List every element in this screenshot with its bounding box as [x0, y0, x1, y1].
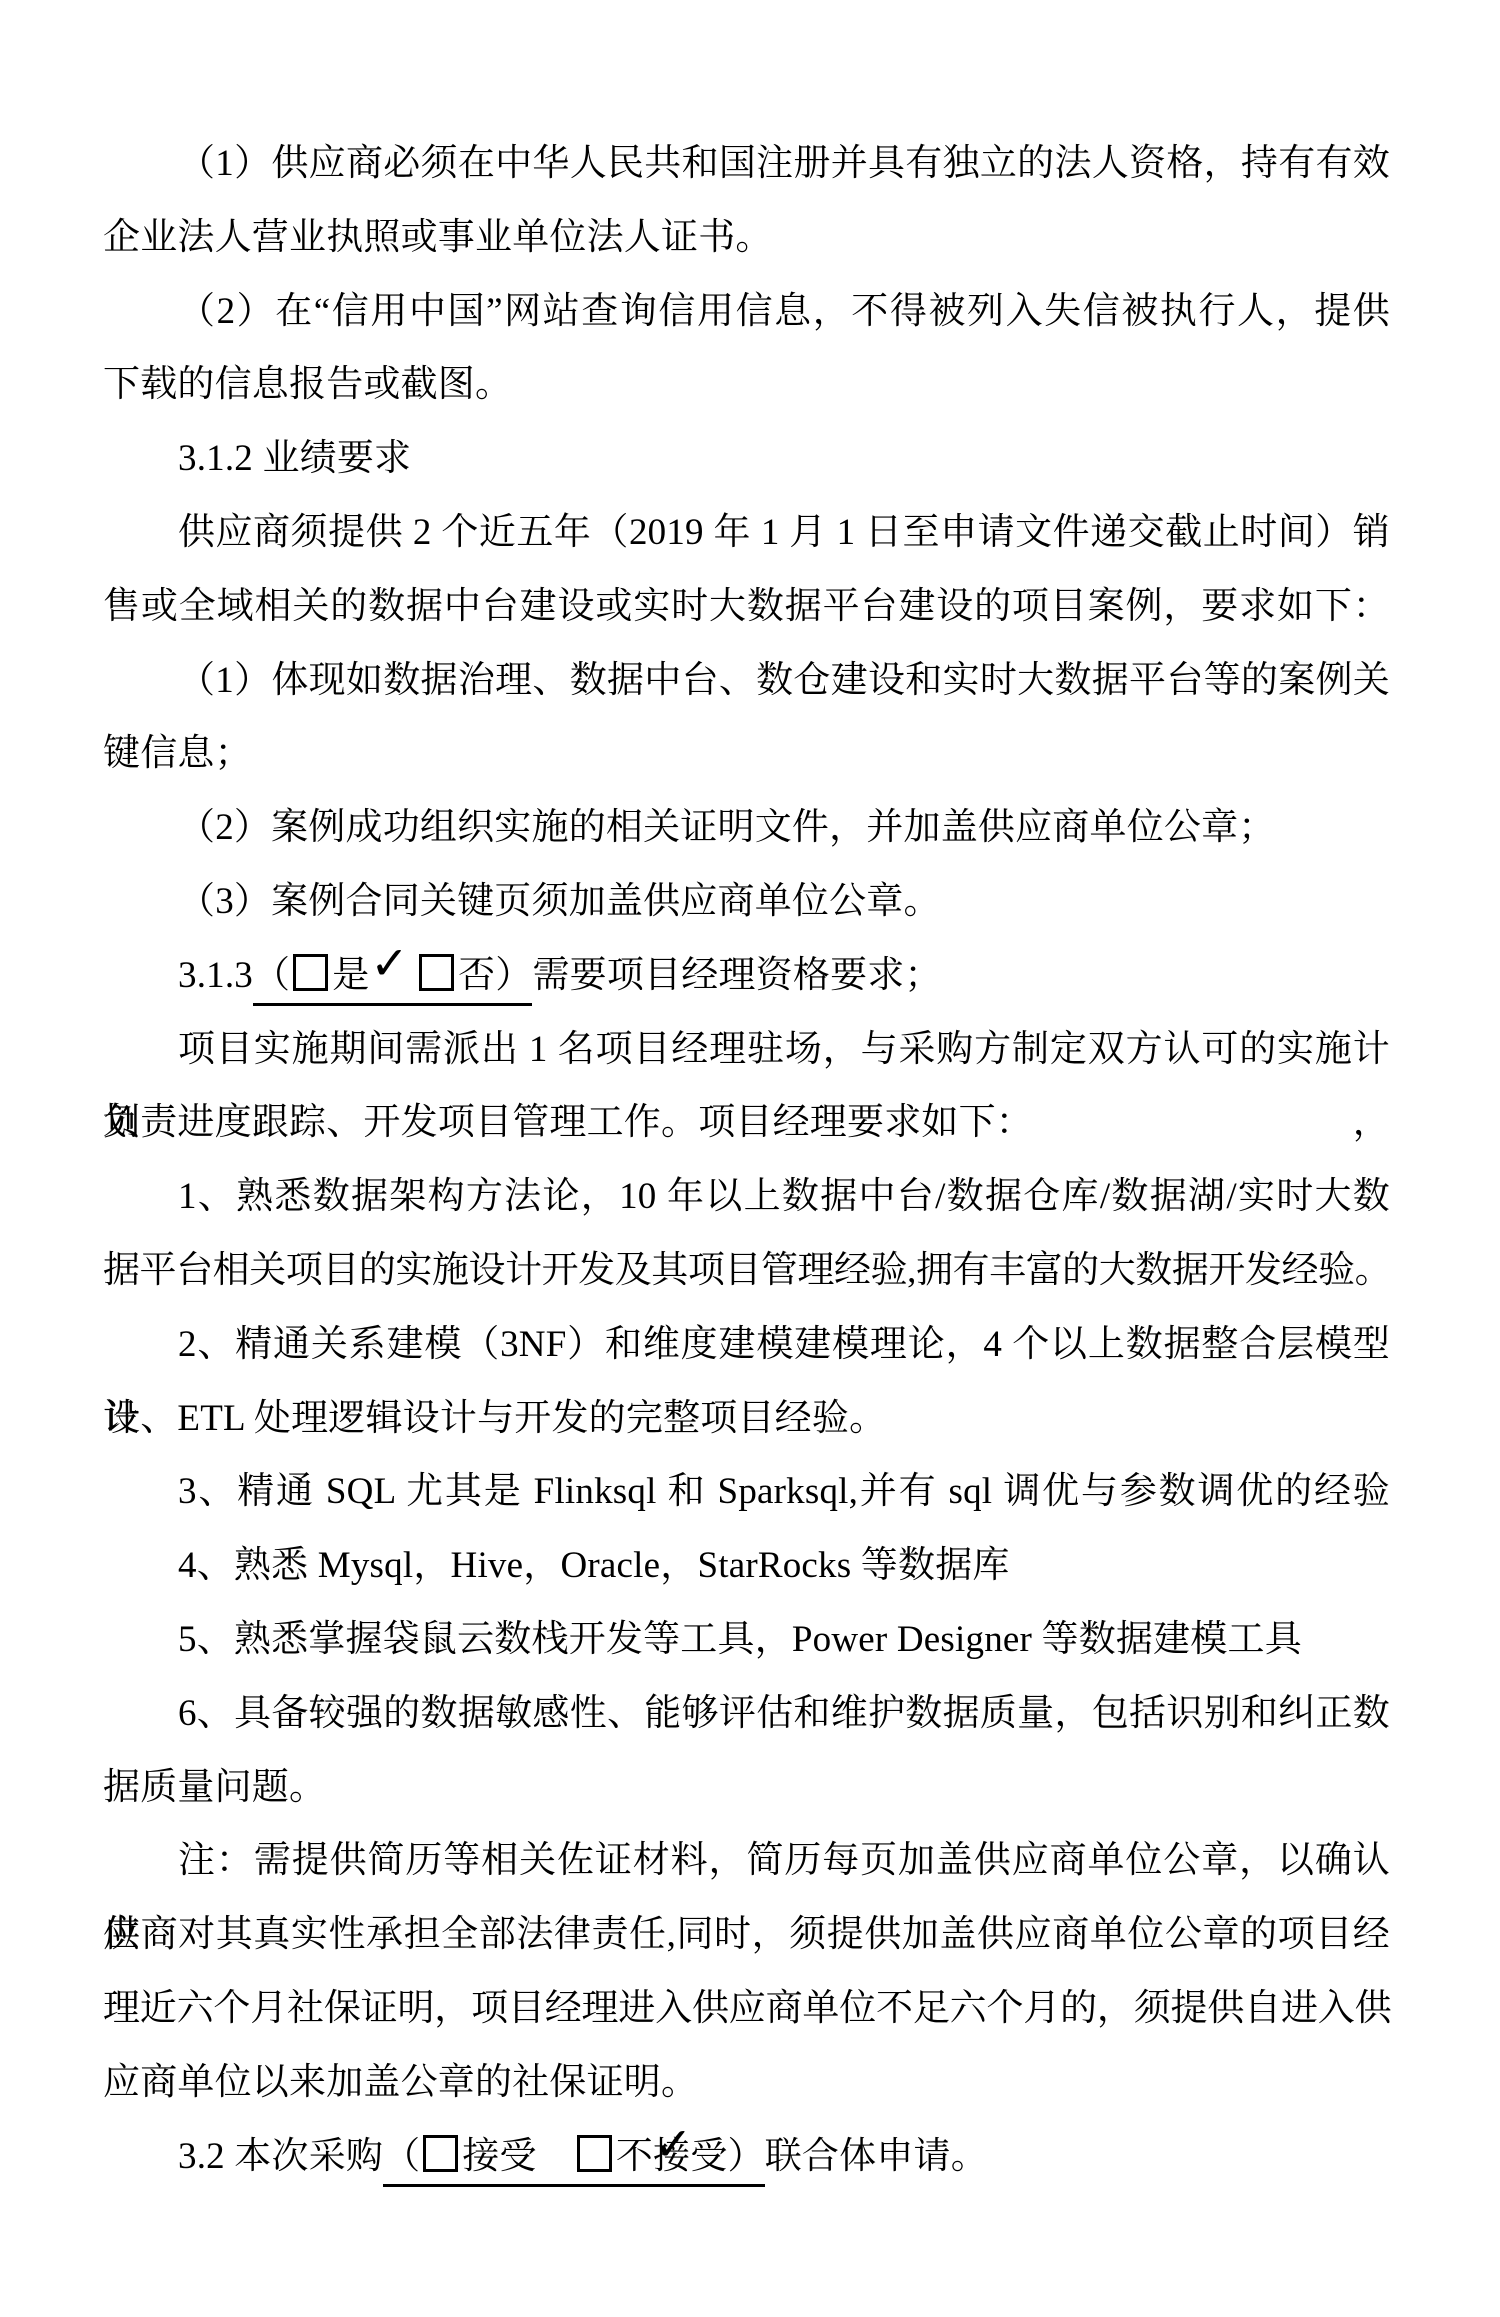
underlined-choice-group: （接受 ✓不接受）: [383, 2136, 765, 2187]
line-suffix: 需要项目经理资格要求；: [532, 955, 941, 996]
text-line: 理近六个月社保证明，项目经理进入供应商单位不足六个月的，须提供自进入供: [103, 1972, 1390, 2046]
text-line: 注：需提供简历等相关佐证材料，简历每页加盖供应商单位公章，以确认供: [103, 1824, 1390, 1898]
text-line: （1）体现如数据治理、数据中台、数仓建设和实时大数据平台等的案例关: [103, 644, 1390, 718]
text-line: 计、ETL 处理逻辑设计与开发的完整项目经验。: [103, 1382, 1390, 1456]
text-line: （1）供应商必须在中华人民共和国注册并具有独立的法人资格，持有有效: [103, 127, 1390, 201]
text-line: 6、具备较强的数据敏感性、能够评估和维护数据质量，包括识别和纠正数: [103, 1677, 1390, 1751]
checked-checkbox-icon: ✓: [293, 954, 328, 991]
text-line: 键信息；: [103, 717, 1390, 791]
text-line: 2、精通关系建模（3NF）和维度建模建模理论，4 个以上数据整合层模型设: [103, 1308, 1390, 1382]
text-line: 应商单位以来加盖公章的社保证明。: [103, 2046, 1390, 2120]
underlined-choice-group: （✓是 否）: [253, 955, 532, 1006]
checked-checkbox-icon: ✓: [577, 2135, 612, 2172]
text-line: 1、熟悉数据架构方法论，10 年以上数据中台/数据仓库/数据湖/实时大数: [103, 1160, 1390, 1234]
text-line: 3、精通 SQL 尤其是 Flinksql 和 Sparksql,并有 sql …: [103, 1455, 1390, 1529]
text-line: 4、熟悉 Mysql，Hive，Oracle，StarRocks 等数据库: [103, 1529, 1390, 1603]
text-line: （3）案例合同关键页须加盖供应商单位公章。: [103, 865, 1390, 939]
checkmark-glyph: ✓: [579, 2121, 693, 2167]
document-page: { "page": { "background": "#ffffff", "te…: [0, 0, 1500, 2317]
text-line: 5、熟悉掌握袋鼠云数栈开发等工具，Power Designer 等数据建模工具: [103, 1603, 1390, 1677]
text-line: （2）案例成功组织实施的相关证明文件，并加盖供应商单位公章；: [103, 791, 1390, 865]
line-prefix: 3.1.3: [178, 955, 253, 996]
text-line: 企业法人营业执照或事业单位法人证书。: [103, 201, 1390, 275]
text-line: 3.1.2 业绩要求: [103, 422, 1390, 496]
option-line: 3.2 本次采购（接受 ✓不接受）联合体申请。: [103, 2120, 1390, 2194]
text-line: 据质量问题。: [103, 1751, 1390, 1825]
empty-checkbox-icon: [419, 954, 454, 991]
line-prefix: 3.2 本次采购: [178, 2136, 383, 2177]
option-line: 3.1.3（✓是 否）需要项目经理资格要求；: [103, 939, 1390, 1013]
text-line: 项目实施期间需派出 1 名项目经理驻场，与采购方制定双方认可的实施计划，: [103, 1013, 1390, 1087]
text-line: 售或全域相关的数据中台建设或实时大数据平台建设的项目案例，要求如下：: [103, 570, 1390, 644]
text-line: （2）在“信用中国”网站查询信用信息，不得被列入失信被执行人，提供: [103, 275, 1390, 349]
text-line: 应商对其真实性承担全部法律责任,同时，须提供加盖供应商单位公章的项目经: [103, 1898, 1390, 1972]
checkmark-glyph: ✓: [295, 940, 409, 986]
line-suffix: 联合体申请。: [765, 2136, 988, 2177]
option-label: 否: [458, 955, 495, 996]
empty-checkbox-icon: [423, 2135, 458, 2172]
text-line: 供应商须提供 2 个近五年（2019 年 1 月 1 日至申请文件递交截止时间）…: [103, 496, 1390, 570]
text-line: 下载的信息报告或截图。: [103, 348, 1390, 422]
text-line: 据平台相关项目的实施设计开发及其项目管理经验,拥有丰富的大数据开发经验。: [103, 1234, 1390, 1308]
option-label: 接受: [462, 2136, 536, 2177]
document-body: （1）供应商必须在中华人民共和国注册并具有独立的法人资格，持有有效企业法人营业执…: [103, 127, 1390, 2193]
